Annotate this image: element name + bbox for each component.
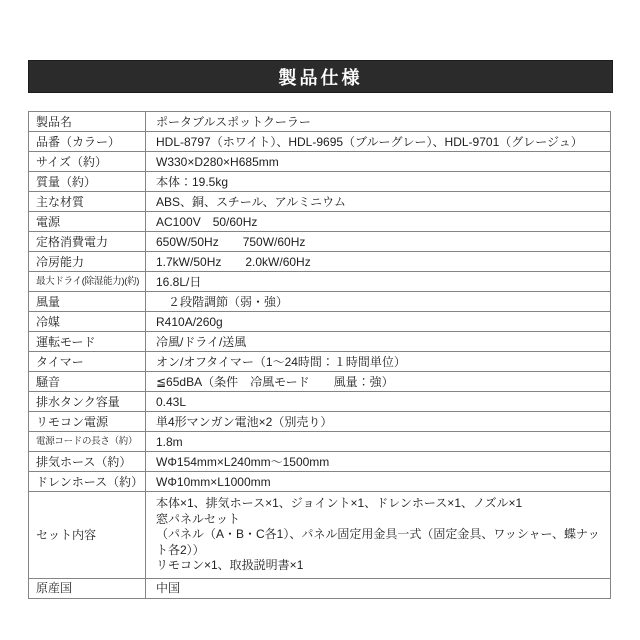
spec-value: 16.8L/日: [146, 272, 611, 292]
spec-row: 電源コードの長さ（約）1.8m: [29, 432, 611, 452]
spec-row: 主な材質ABS、銅、スチール、アルミニウム: [29, 192, 611, 212]
spec-row: 定格消費電力650W/50Hz 750W/60Hz: [29, 232, 611, 252]
spec-value: AC100V 50/60Hz: [146, 212, 611, 232]
spec-label: 定格消費電力: [29, 232, 146, 252]
spec-label: 原産国: [29, 578, 146, 598]
spec-row: 騒音≦65dBA（条件 冷風モード 風量：強）: [29, 372, 611, 392]
spec-label: セット内容: [29, 492, 146, 579]
product-spec-page: 製品仕様 製品名ポータブルスポットクーラー品番（カラー）HDL-8797（ホワイ…: [0, 0, 640, 640]
spec-row: 風量 ２段階調節（弱・強）: [29, 292, 611, 312]
spec-label: 製品名: [29, 112, 146, 132]
spec-label: 排水タンク容量: [29, 392, 146, 412]
spec-row: ドレンホース（約）WΦ10mm×L1000mm: [29, 472, 611, 492]
spec-row: 最大ドライ(除湿能力)(約)16.8L/日: [29, 272, 611, 292]
spec-table: 製品名ポータブルスポットクーラー品番（カラー）HDL-8797（ホワイト）、HD…: [28, 111, 611, 599]
spec-value: ABS、銅、スチール、アルミニウム: [146, 192, 611, 212]
spec-label: 最大ドライ(除湿能力)(約): [29, 272, 146, 292]
spec-row: 排水タンク容量0.43L: [29, 392, 611, 412]
section-title-bar: 製品仕様: [28, 60, 613, 93]
spec-row: 原産国中国: [29, 578, 611, 598]
spec-table-body: 製品名ポータブルスポットクーラー品番（カラー）HDL-8797（ホワイト）、HD…: [29, 112, 611, 599]
spec-row: リモコン電源単4形マンガン電池×2（別売り）: [29, 412, 611, 432]
spec-value: WΦ10mm×L1000mm: [146, 472, 611, 492]
spec-value: WΦ154mm×L240mm～1500mm: [146, 452, 611, 472]
spec-row: 運転モード冷風/ドライ/送風: [29, 332, 611, 352]
spec-value: オン/オフタイマー（1～24時間：１時間単位）: [146, 352, 611, 372]
spec-row: タイマーオン/オフタイマー（1～24時間：１時間単位）: [29, 352, 611, 372]
spec-value: 単4形マンガン電池×2（別売り）: [146, 412, 611, 432]
spec-value: 1.8m: [146, 432, 611, 452]
spec-row: 冷媒R410A/260g: [29, 312, 611, 332]
spec-value: R410A/260g: [146, 312, 611, 332]
spec-value: W330×D280×H685mm: [146, 152, 611, 172]
spec-label: 騒音: [29, 372, 146, 392]
spec-row: 電源AC100V 50/60Hz: [29, 212, 611, 232]
spec-value: 本体×1、排気ホース×1、ジョイント×1、ドレンホース×1、ノズル×1 窓パネル…: [146, 492, 611, 579]
spec-row: セット内容本体×1、排気ホース×1、ジョイント×1、ドレンホース×1、ノズル×1…: [29, 492, 611, 579]
spec-row: サイズ（約）W330×D280×H685mm: [29, 152, 611, 172]
spec-row: 質量（約）本体：19.5kg: [29, 172, 611, 192]
spec-value: 冷風/ドライ/送風: [146, 332, 611, 352]
spec-label: 品番（カラー）: [29, 132, 146, 152]
spec-label: サイズ（約）: [29, 152, 146, 172]
spec-value: 中国: [146, 578, 611, 598]
spec-value: ≦65dBA（条件 冷風モード 風量：強）: [146, 372, 611, 392]
spec-row: 製品名ポータブルスポットクーラー: [29, 112, 611, 132]
spec-row: 排気ホース（約）WΦ154mm×L240mm～1500mm: [29, 452, 611, 472]
spec-label: 質量（約）: [29, 172, 146, 192]
spec-row: 冷房能力1.7kW/50Hz 2.0kW/60Hz: [29, 252, 611, 272]
spec-label: リモコン電源: [29, 412, 146, 432]
spec-value: HDL-8797（ホワイト）、HDL-9695（ブルーグレー）、HDL-9701…: [146, 132, 611, 152]
spec-label: 冷媒: [29, 312, 146, 332]
spec-row: 品番（カラー）HDL-8797（ホワイト）、HDL-9695（ブルーグレー）、H…: [29, 132, 611, 152]
spec-value: ポータブルスポットクーラー: [146, 112, 611, 132]
spec-label: ドレンホース（約）: [29, 472, 146, 492]
spec-value: ２段階調節（弱・強）: [146, 292, 611, 312]
spec-label: 電源: [29, 212, 146, 232]
spec-label: 風量: [29, 292, 146, 312]
spec-label: 排気ホース（約）: [29, 452, 146, 472]
spec-label: タイマー: [29, 352, 146, 372]
spec-value: 0.43L: [146, 392, 611, 412]
section-title: 製品仕様: [279, 64, 363, 90]
spec-label: 主な材質: [29, 192, 146, 212]
spec-value: 650W/50Hz 750W/60Hz: [146, 232, 611, 252]
spec-value: 1.7kW/50Hz 2.0kW/60Hz: [146, 252, 611, 272]
spec-label: 冷房能力: [29, 252, 146, 272]
spec-label: 電源コードの長さ（約）: [29, 432, 146, 452]
spec-label: 運転モード: [29, 332, 146, 352]
spec-value: 本体：19.5kg: [146, 172, 611, 192]
